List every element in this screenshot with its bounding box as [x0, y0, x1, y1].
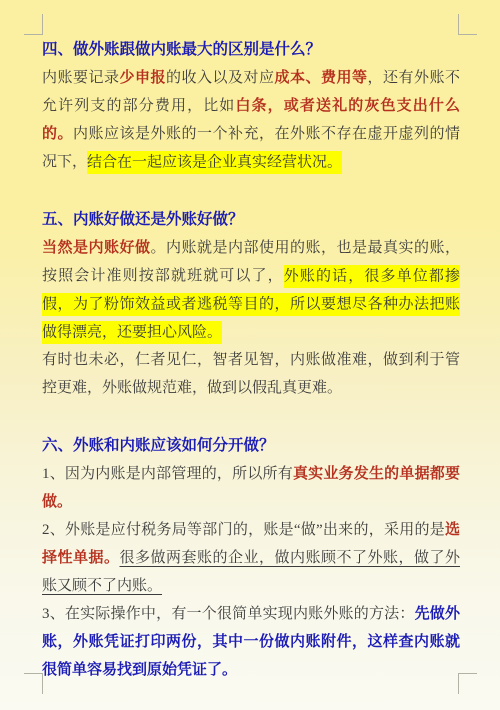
section-heading: 四、做外账跟做内账最大的区别是什么？: [42, 36, 460, 64]
paragraph: 1、因为内账是内部管理的，所以所有真实业务发生的单据都要做。: [42, 460, 460, 516]
paragraph: 有时也未必，仁者见仁，智者见智，内账做准难，做到利于管控更难，外账做规范难，做到…: [42, 346, 460, 402]
document-content: 四、做外账跟做内账最大的区别是什么？内账要记录少申报的收入以及对应成本、费用等，…: [42, 36, 460, 684]
section-heading: 五、内账好做还是外账好做？: [42, 206, 460, 234]
page-corner-mark-top-left: [24, 14, 43, 35]
page-corner-mark-bottom-right: [458, 673, 477, 694]
page-corner-mark-top-right: [458, 14, 477, 35]
text-run: 3、在实际操作中，有一个很简单实现内账外账的方法：: [42, 606, 415, 622]
paragraph: 当然是内账好做。内账就是内部使用的账，也是最真实的账，按照会计准则按部就班就可以…: [42, 234, 460, 346]
text-run: 的收入以及对应: [166, 70, 274, 86]
page-corner-mark-bottom-left: [24, 673, 43, 694]
paragraph: 3、在实际操作中，有一个很简单实现内账外账的方法：先做外账，外账凭证打印两份，其…: [42, 600, 460, 684]
text-run-red-bold: 少申报: [120, 70, 167, 86]
text-run: 1、因为内账是内部管理的，所以所有: [42, 466, 293, 482]
text-run-red-bold: 成本、费用等: [274, 70, 367, 86]
text-run-red-bold: 当然是内账好做: [42, 240, 151, 256]
paragraph: 内账要记录少申报的收入以及对应成本、费用等，还有外账不允许列支的部分费用，比如白…: [42, 64, 460, 176]
section-heading: 六、外账和内账应该如何分开做？: [42, 432, 460, 460]
document-page: 四、做外账跟做内账最大的区别是什么？内账要记录少申报的收入以及对应成本、费用等，…: [0, 0, 500, 710]
text-run-highlighted: 结合在一起应该是企业真实经营状况。: [87, 151, 342, 174]
paragraph: 2、外账是应付税务局等部门的，账是“做”出来的，采用的是选择性单据。很多做两套账…: [42, 516, 460, 600]
text-run: 2、外账是应付税务局等部门的，账是“做”出来的，采用的是: [42, 522, 445, 538]
text-run: 有时也未必，仁者见仁，智者见智，内账做准难，做到利于管控更难，外账做规范难，做到…: [42, 352, 460, 396]
text-run: 内账要记录: [42, 70, 120, 86]
